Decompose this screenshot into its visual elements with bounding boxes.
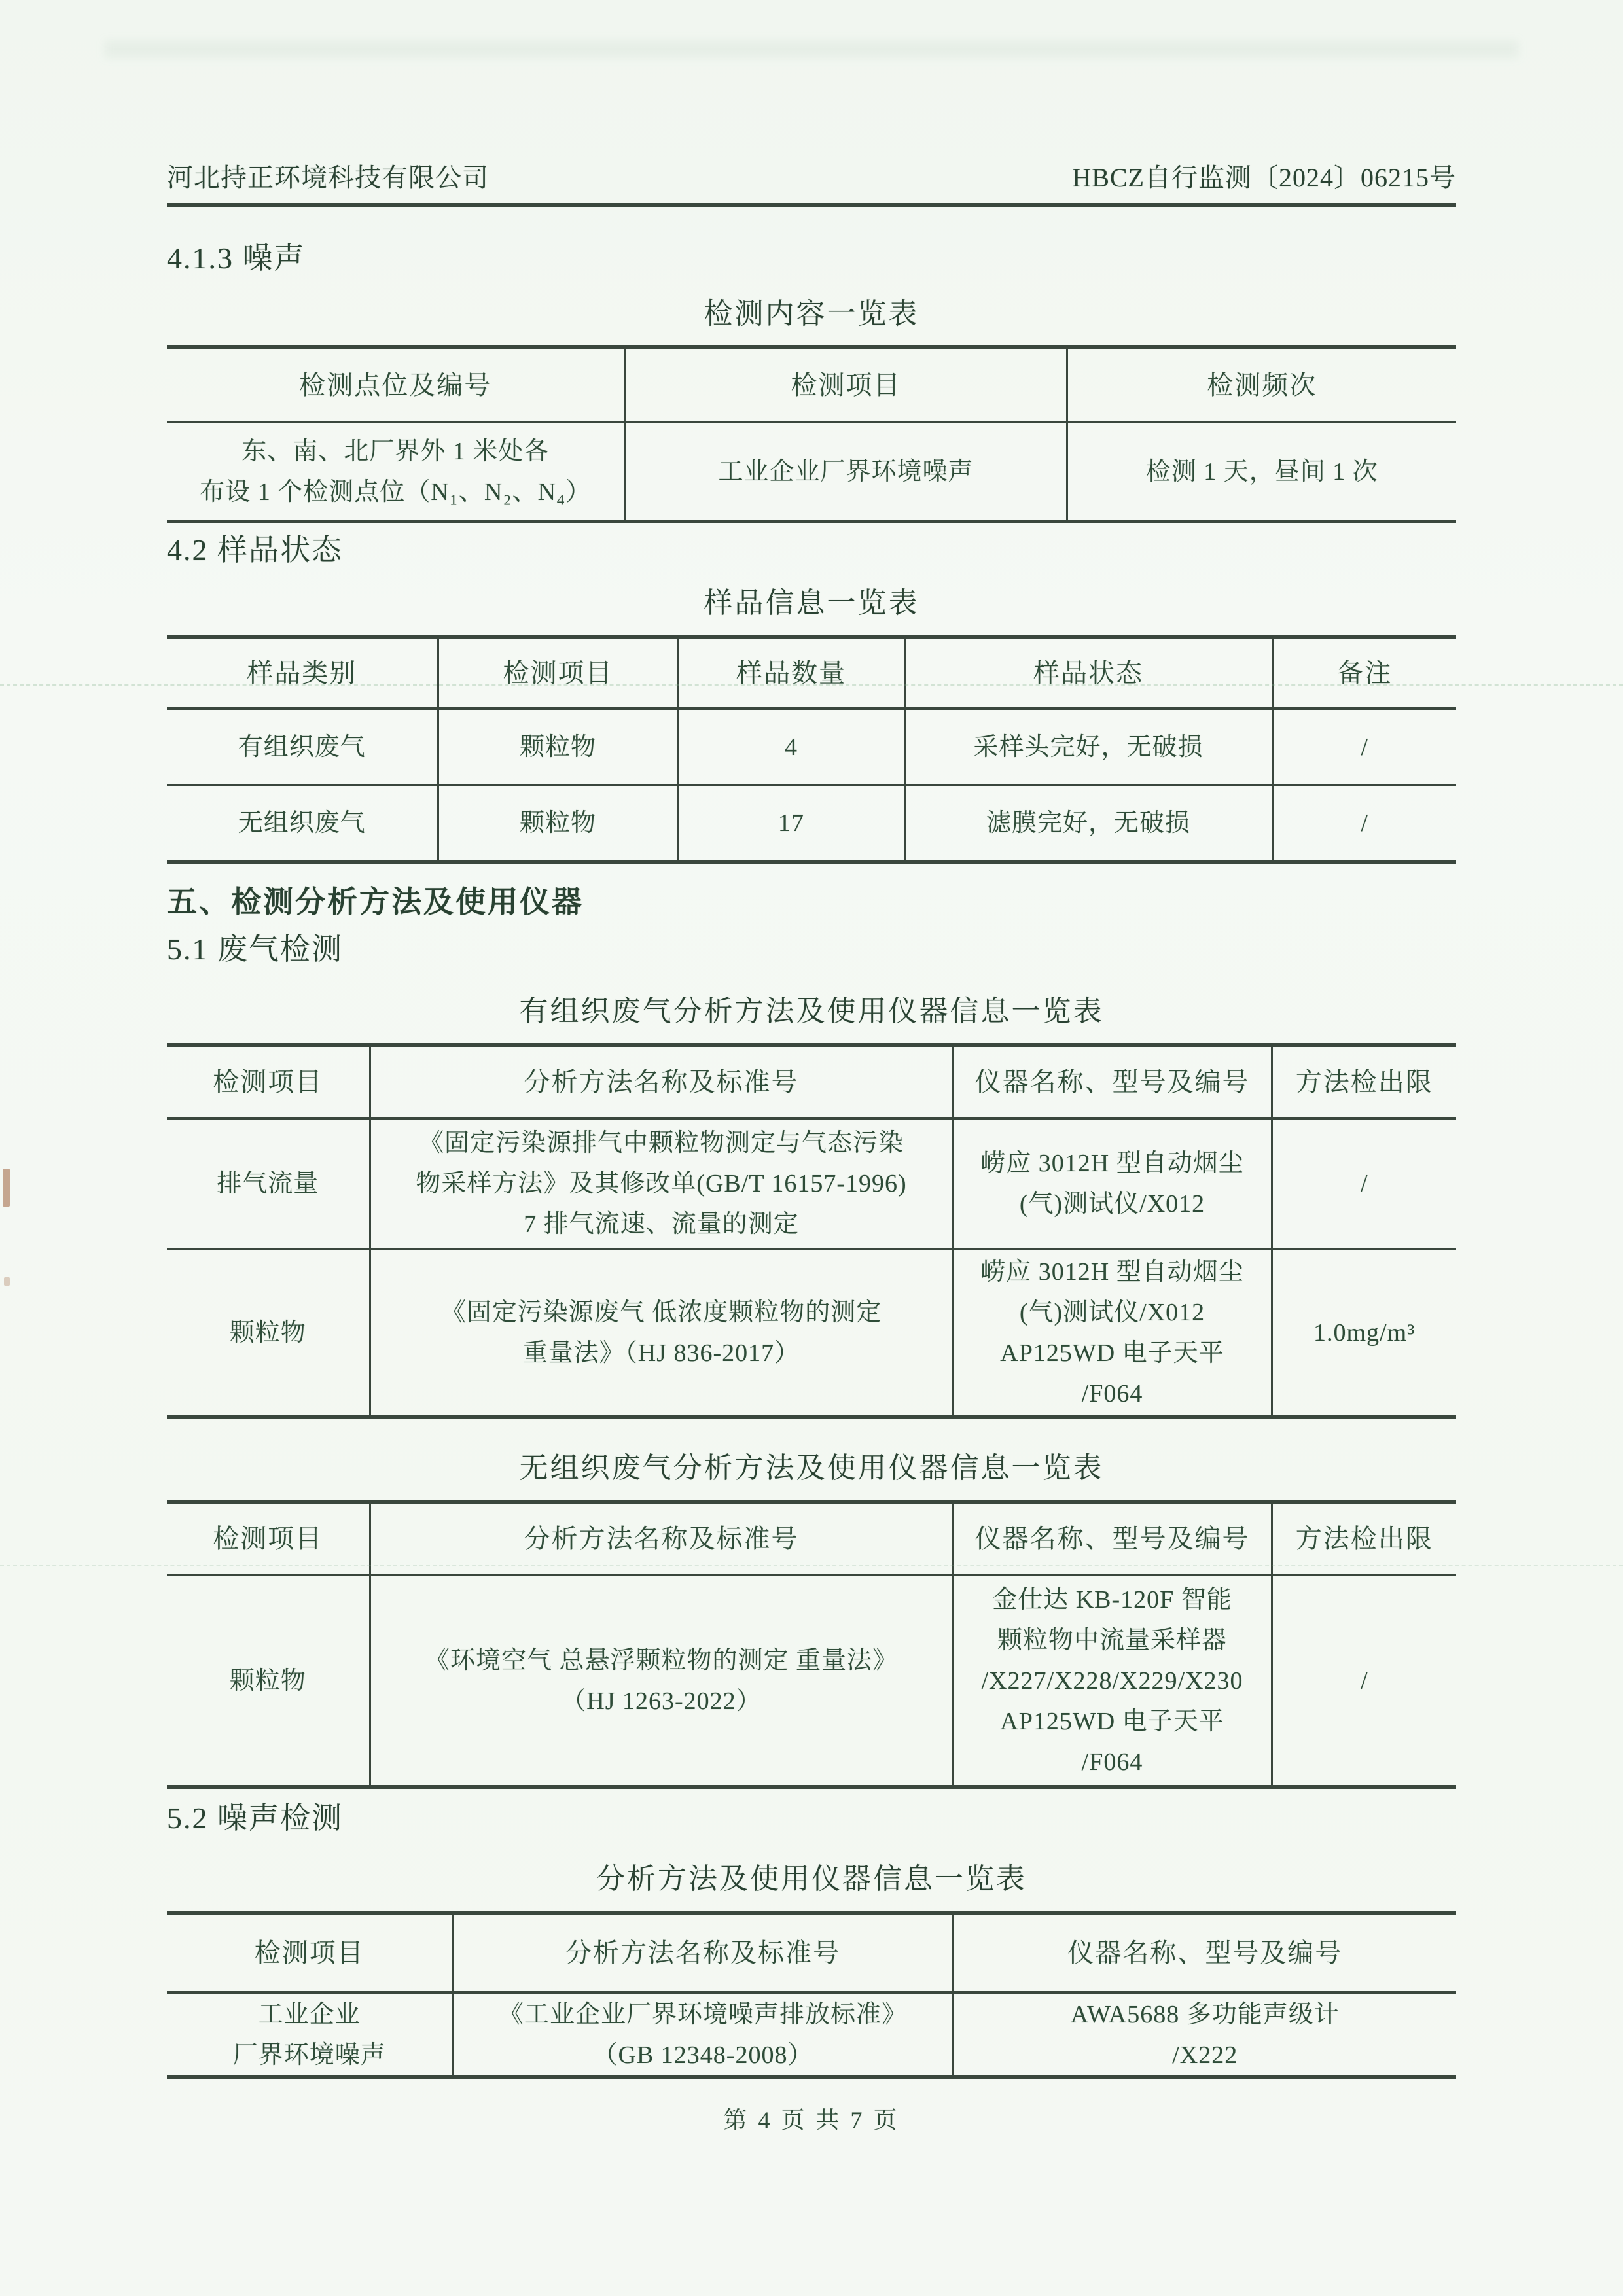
- cell-quantity: 4: [678, 709, 904, 785]
- company-name: 河北持正环境科技有限公司: [167, 164, 489, 192]
- column-header-detection-limit: 方法检出限: [1272, 1502, 1456, 1575]
- cell-item: 工业企业 厂界环境噪声: [167, 1992, 453, 2077]
- column-header-method: 分析方法名称及标准号: [370, 1045, 953, 1118]
- table-header-row: 检测项目 分析方法名称及标准号 仪器名称、型号及编号 方法检出限: [167, 1502, 1456, 1575]
- section-heading-5-2: 5.2 噪声检测: [167, 1799, 1456, 1837]
- table-title-noise-method: 分析方法及使用仪器信息一览表: [167, 1861, 1456, 1898]
- table-title-unorganized-gas: 无组织废气分析方法及使用仪器信息一览表: [167, 1450, 1456, 1487]
- column-header-detection-limit: 方法检出限: [1272, 1045, 1456, 1118]
- document-content: 河北持正环境科技有限公司 HBCZ自行监测〔2024〕06215号 4.1.3 …: [167, 0, 1456, 2134]
- cell-method: 《固定污染源废气 低浓度颗粒物的测定 重量法》（HJ 836-2017）: [370, 1249, 953, 1417]
- column-header-frequency: 检测频次: [1067, 347, 1456, 422]
- cell-item: 颗粒物: [167, 1249, 370, 1417]
- cell-quantity: 17: [678, 785, 904, 862]
- table-header-row: 样品类别 检测项目 样品数量 样品状态 备注: [167, 637, 1456, 709]
- section-heading-5-1: 5.1 废气检测: [167, 930, 1456, 968]
- page-number: 第 4 页 共 7 页: [167, 2106, 1456, 2134]
- table-row: 排气流量 《固定污染源排气中颗粒物测定与气态污染 物采样方法》及其修改单(GB/…: [167, 1118, 1456, 1249]
- cell-method: 《工业企业厂界环境噪声排放标准》 （GB 12348-2008）: [453, 1992, 953, 2077]
- cell-detection-limit: /: [1272, 1118, 1456, 1249]
- section-heading-5: 五、检测分析方法及使用仪器: [167, 883, 1456, 921]
- cell-item: 排气流量: [167, 1118, 370, 1249]
- table-row: 颗粒物 《固定污染源废气 低浓度颗粒物的测定 重量法》（HJ 836-2017）…: [167, 1249, 1456, 1417]
- table-title-noise-content: 检测内容一览表: [167, 296, 1456, 332]
- cell-remark: /: [1272, 785, 1456, 862]
- table-row: 东、南、北厂界外 1 米处各 布设 1 个检测点位（N₁、N₂、N₄） 工业企业…: [167, 422, 1456, 521]
- section-heading-4-1-3: 4.1.3 噪声: [167, 239, 1456, 277]
- table-row: 颗粒物 《环境空气 总悬浮颗粒物的测定 重量法》 （HJ 1263-2022） …: [167, 1575, 1456, 1787]
- column-header-item: 检测项目: [438, 637, 678, 709]
- table-header-row: 检测点位及编号 检测项目 检测频次: [167, 347, 1456, 422]
- cell-monitoring-frequency: 检测 1 天，昼间 1 次: [1067, 422, 1456, 521]
- organized-gas-method-table: 检测项目 分析方法名称及标准号 仪器名称、型号及编号 方法检出限 排气流量 《固…: [167, 1043, 1456, 1419]
- cell-monitoring-item: 工业企业厂界环境噪声: [625, 422, 1067, 521]
- document-number: HBCZ自行监测〔2024〕06215号: [1072, 164, 1456, 192]
- table-title-sample-info: 样品信息一览表: [167, 585, 1456, 622]
- table-row: 无组织废气 颗粒物 17 滤膜完好，无破损 /: [167, 785, 1456, 862]
- table-header-row: 检测项目 分析方法名称及标准号 仪器名称、型号及编号 方法检出限: [167, 1045, 1456, 1118]
- table-header-row: 检测项目 分析方法名称及标准号 仪器名称、型号及编号: [167, 1913, 1456, 1992]
- cell-item: 颗粒物: [438, 709, 678, 785]
- table-row: 有组织废气 颗粒物 4 采样头完好，无破损 /: [167, 709, 1456, 785]
- noise-content-table: 检测点位及编号 检测项目 检测频次 东、南、北厂界外 1 米处各 布设 1 个检…: [167, 345, 1456, 523]
- column-header-quantity: 样品数量: [678, 637, 904, 709]
- cell-item: 颗粒物: [167, 1575, 370, 1787]
- cell-item: 颗粒物: [438, 785, 678, 862]
- column-header-point: 检测点位及编号: [167, 347, 625, 422]
- scan-artifact-edge-mark: [3, 1169, 10, 1207]
- section-heading-4-2: 4.2 样品状态: [167, 531, 1456, 569]
- cell-remark: /: [1272, 709, 1456, 785]
- column-header-item: 检测项目: [625, 347, 1067, 422]
- noise-method-table: 检测项目 分析方法名称及标准号 仪器名称、型号及编号 工业企业 厂界环境噪声 《…: [167, 1911, 1456, 2079]
- column-header-item: 检测项目: [167, 1045, 370, 1118]
- table-title-organized-gas: 有组织废气分析方法及使用仪器信息一览表: [167, 993, 1456, 1030]
- column-header-method: 分析方法名称及标准号: [453, 1913, 953, 1992]
- column-header-item: 检测项目: [167, 1502, 370, 1575]
- cell-monitoring-point: 东、南、北厂界外 1 米处各 布设 1 个检测点位（N₁、N₂、N₄）: [167, 422, 625, 521]
- column-header-method: 分析方法名称及标准号: [370, 1502, 953, 1575]
- column-header-remark: 备注: [1272, 637, 1456, 709]
- page-header: 河北持正环境科技有限公司 HBCZ自行监测〔2024〕06215号: [167, 0, 1456, 192]
- cell-method: 《固定污染源排气中颗粒物测定与气态污染 物采样方法》及其修改单(GB/T 161…: [370, 1118, 953, 1249]
- cell-instrument: 崂应 3012H 型自动烟尘 (气)测试仪/X012: [953, 1118, 1272, 1249]
- column-header-instrument: 仪器名称、型号及编号: [953, 1045, 1272, 1118]
- cell-detection-limit: 1.0mg/m³: [1272, 1249, 1456, 1417]
- cell-sample-type: 无组织废气: [167, 785, 438, 862]
- unorganized-gas-method-table: 检测项目 分析方法名称及标准号 仪器名称、型号及编号 方法检出限 颗粒物 《环境…: [167, 1500, 1456, 1789]
- sample-info-table: 样品类别 检测项目 样品数量 样品状态 备注 有组织废气 颗粒物 4 采样头完好…: [167, 635, 1456, 864]
- cell-instrument: 金仕达 KB-120F 智能 颗粒物中流量采样器 /X227/X228/X229…: [953, 1575, 1272, 1787]
- cell-status: 滤膜完好，无破损: [904, 785, 1272, 862]
- cell-status: 采样头完好，无破损: [904, 709, 1272, 785]
- scan-artifact-edge-dot: [4, 1277, 10, 1286]
- column-header-status: 样品状态: [904, 637, 1272, 709]
- cell-instrument: 崂应 3012H 型自动烟尘 (气)测试仪/X012 AP125WD 电子天平 …: [953, 1249, 1272, 1417]
- column-header-sample-type: 样品类别: [167, 637, 438, 709]
- cell-instrument: AWA5688 多功能声级计 /X222: [953, 1992, 1456, 2077]
- cell-method: 《环境空气 总悬浮颗粒物的测定 重量法》 （HJ 1263-2022）: [370, 1575, 953, 1787]
- table-row: 工业企业 厂界环境噪声 《工业企业厂界环境噪声排放标准》 （GB 12348-2…: [167, 1992, 1456, 2077]
- column-header-item: 检测项目: [167, 1913, 453, 1992]
- header-divider: [167, 203, 1456, 207]
- cell-detection-limit: /: [1272, 1575, 1456, 1787]
- cell-sample-type: 有组织废气: [167, 709, 438, 785]
- column-header-instrument: 仪器名称、型号及编号: [953, 1502, 1272, 1575]
- scanned-document-page: 河北持正环境科技有限公司 HBCZ自行监测〔2024〕06215号 4.1.3 …: [0, 0, 1623, 2296]
- column-header-instrument: 仪器名称、型号及编号: [953, 1913, 1456, 1992]
